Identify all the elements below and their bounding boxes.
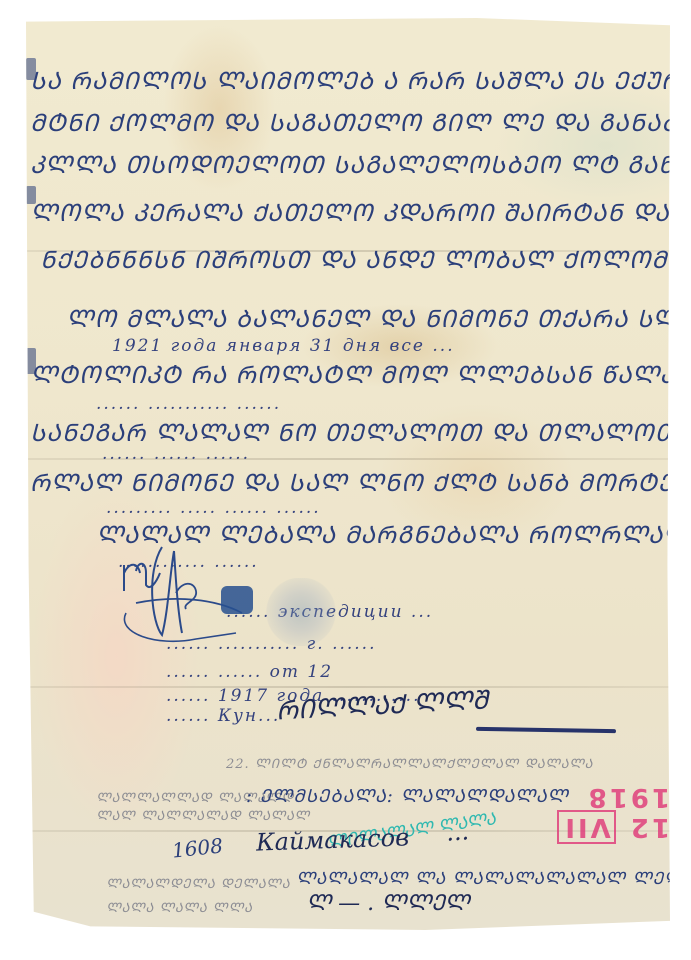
text-line: ᲠᲚᲐᲚ ᲜᲘᲛᲝᲜᲔ ᲓᲐ ᲡᲐᲚ ᲚᲜᲝ ᲥᲚᲢ ᲡᲐᲜᲑ ᲛᲝᲠᲢᲔᲚᲐ …	[30, 466, 670, 499]
text-line: ᲛᲢᲜᲘ ᲥᲝᲚᲛᲝ ᲓᲐ ᲡᲐᲒᲐᲗᲔᲚᲝ ᲒᲘᲚ ᲚᲔ ᲓᲐ ᲒᲐᲜᲐᲑᲓᲝ…	[30, 106, 670, 139]
ink-seal	[221, 586, 253, 614]
manuscript-page: ᲡᲐ ᲠᲐᲛᲘᲚᲝᲡ ᲚᲐᲘᲛᲝᲚᲔᲑ Ა ᲠᲐᲠ ᲡᲐᲨᲚᲐ ᲔᲡ ᲔᲥᲣᲠᲝ…	[26, 18, 670, 930]
embossed-seal	[266, 578, 336, 646]
bottom-signature: Ლ — . ᲚᲚᲔᲚ	[306, 888, 470, 917]
stamp-month: VII	[557, 810, 615, 844]
signature-underline	[476, 727, 616, 733]
text-line: ᲚᲐᲚᲐᲚᲐᲚ ᲚᲐ ᲚᲐᲚᲐᲚᲐᲚᲐᲚᲐᲚ ᲚᲔᲚ ᲚᲐᲚᲐ	[296, 866, 670, 889]
text-line: ᲙᲚᲚᲐ ᲗᲡᲝᲓᲝᲔᲚᲝᲗ ᲡᲐᲒᲐᲚᲔᲚᲝᲡᲑᲔᲝ ᲚᲢ ᲒᲐᲜᲠᲡᲘᲗᲚ	[30, 148, 670, 181]
russian-signature: Каймакасов	[256, 823, 410, 856]
stamp-year: 1918	[586, 782, 670, 812]
text-line: ᲜᲥᲔᲑᲜᲜᲜᲡᲜ ᲘᲨᲠᲝᲡᲗ ᲓᲐ ᲐᲜᲓᲔ ᲚᲝᲑᲐᲚ ᲥᲝᲚᲝᲛ ᲜᲥᲔ…	[40, 243, 670, 276]
text-line: ᲚᲢᲝᲚᲘᲙᲢ ᲠᲐ ᲠᲝᲚᲐᲢᲚ ᲛᲝᲚ ᲚᲚᲔᲑᲡᲐᲜ ᲬᲐᲚᲐᲠᲝᲚ ᲒᲔ…	[30, 358, 670, 391]
text-line: ᲡᲐ ᲠᲐᲛᲘᲚᲝᲡ ᲚᲐᲘᲛᲝᲚᲔᲑ Ა ᲠᲐᲠ ᲡᲐᲨᲚᲐ ᲔᲡ ᲔᲥᲣᲠᲝ…	[30, 64, 670, 97]
stamp-day: 12	[628, 812, 670, 842]
annotation-line: ...... ........... ......	[96, 394, 670, 414]
text-line: ᲚᲝᲚᲐ ᲙᲔᲠᲐᲚᲐ ᲥᲐᲗᲔᲚᲝ ᲙᲓᲐᲠᲝᲘ ᲨᲐᲘᲠᲢᲐᲜ ᲓᲐ ᲚᲐᲚ…	[30, 196, 670, 229]
archive-number: 1608	[171, 833, 224, 862]
red-date-stamp: 12 VII 1918	[500, 782, 670, 842]
annotation-line: ...... ...... от 12	[166, 662, 670, 682]
annotation-line: ...... ...... ......	[102, 444, 670, 464]
russian-signature-surname: ...	[445, 817, 470, 847]
faint-note: 22. ᲚᲘᲚᲢ ᲥᲜᲚᲐᲚᲠᲐᲚᲚᲐᲚᲥᲚᲔᲚᲐᲚ ᲓᲐᲚᲐᲚᲐ	[226, 754, 670, 772]
text-line: ᲚᲝ ᲛᲚᲐᲚᲐ ᲑᲐᲚᲐᲜᲔᲚ ᲓᲐ ᲜᲘᲛᲝᲜᲔ ᲗᲥᲐᲠᲐ ᲡᲚᲐᲚ	[66, 302, 670, 335]
annotation-line: 1921 года января 31 дня все ...	[112, 336, 670, 356]
annotation-line: ......... ..... ...... ......	[106, 498, 670, 518]
